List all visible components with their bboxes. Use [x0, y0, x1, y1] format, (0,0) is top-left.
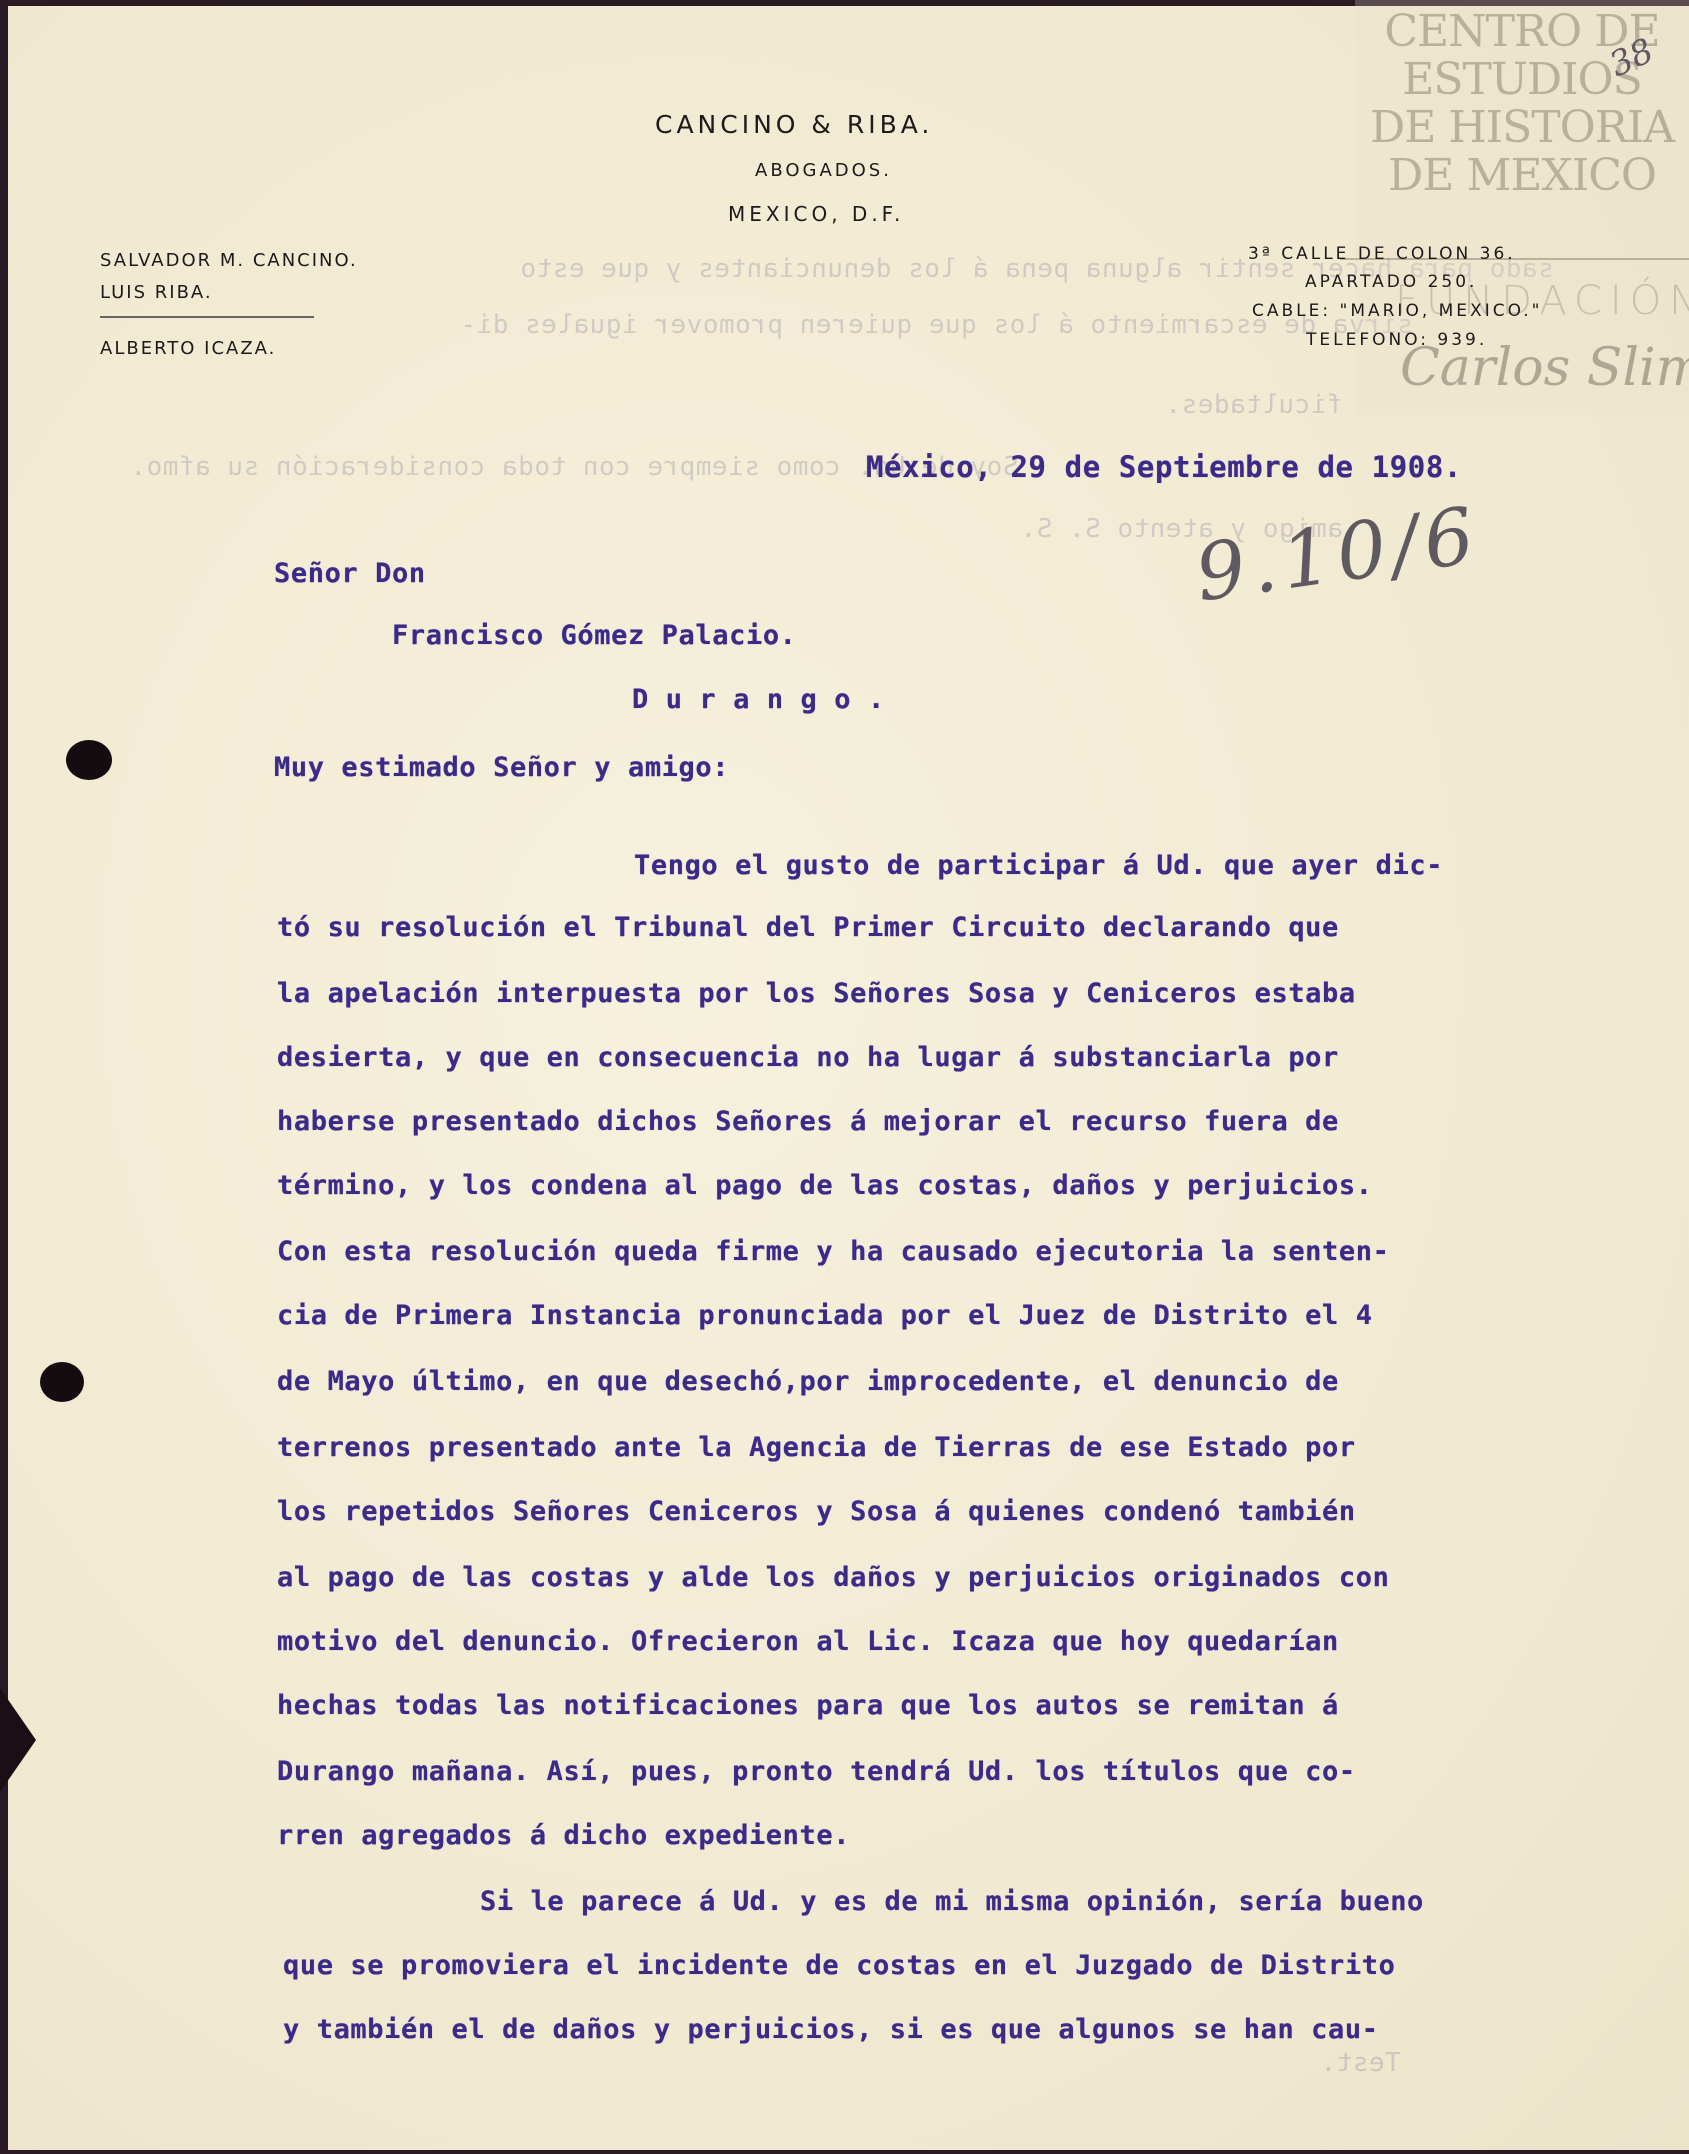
body-line: los repetidos Señores Ceniceros y Sosa á…: [277, 1496, 1356, 1527]
watermark-line: DE HISTORIA: [1355, 104, 1689, 152]
bleed-through-line: Test.: [1320, 2048, 1401, 2078]
letterhead-profession: ABOGADOS.: [755, 160, 892, 181]
letterhead-partner: LUIS RIBA.: [100, 282, 213, 303]
punch-hole-bottom: [40, 1362, 84, 1402]
recipient-city: D u r a n g o .: [632, 684, 885, 715]
recipient-title: Señor Don: [274, 558, 426, 589]
torn-corner: [0, 1688, 36, 1792]
bleed-through-line: ficultades.: [1165, 390, 1343, 420]
body-line: motivo del denuncio. Ofrecieron al Lic. …: [277, 1626, 1339, 1657]
body-line: de Mayo último, en que desechó,por impro…: [277, 1366, 1339, 1397]
letterhead-city: MEXICO, D.F.: [728, 202, 904, 226]
recipient-name: Francisco Gómez Palacio.: [392, 620, 797, 651]
letterhead-address-line: CABLE: "MARIO, MEXICO.": [1252, 301, 1543, 321]
letterhead-address-line: TELEFONO: 939.: [1306, 330, 1487, 350]
body-line: y también el de daños y perjuicios, si e…: [283, 2014, 1379, 2045]
letterhead-partner: SALVADOR M. CANCINO.: [100, 250, 358, 271]
body-line: cia de Primera Instancia pronunciada por…: [277, 1300, 1373, 1331]
body-line: término, y los condena al pago de las co…: [277, 1170, 1373, 1201]
body-line: Con esta resolución queda firme y ha cau…: [277, 1236, 1389, 1267]
punch-hole-top: [66, 740, 112, 780]
body-line: Durango mañana. Así, pues, pronto tendrá…: [277, 1756, 1356, 1787]
body-line: terrenos presentado ante la Agencia de T…: [277, 1432, 1356, 1463]
body-line: desierta, y que en consecuencia no ha lu…: [277, 1042, 1339, 1073]
body-line: haberse presentado dichos Señores á mejo…: [277, 1106, 1339, 1137]
body-line: la apelación interpuesta por los Señores…: [277, 978, 1356, 1009]
letterhead-address-line: APARTADO 250.: [1305, 272, 1477, 292]
letterhead-associate: ALBERTO ICAZA.: [100, 338, 276, 359]
body-line: hechas todas las notificaciones para que…: [277, 1690, 1339, 1721]
greeting: Muy estimado Señor y amigo:: [274, 752, 729, 783]
letterhead-address-line: 3ª CALLE DE COLON 36.: [1248, 244, 1516, 264]
dateline: México, 29 de Septiembre de 1908.: [866, 450, 1462, 484]
letterhead-firm-name: CANCINO & RIBA.: [655, 110, 933, 139]
body-line: tó su resolución el Tribunal del Primer …: [277, 912, 1339, 943]
body-line: Si le parece á Ud. y es de mi misma opin…: [480, 1886, 1424, 1917]
scan-border-left: [0, 0, 8, 2154]
body-line: al pago de las costas y alde los daños y…: [277, 1562, 1389, 1593]
watermark-line: DE MEXICO: [1355, 152, 1689, 200]
body-line: Tengo el gusto de participar á Ud. que a…: [634, 850, 1443, 881]
body-line: rren agregados á dicho expediente.: [277, 1820, 850, 1851]
letterhead-divider: [100, 316, 314, 318]
body-line: que se promoviera el incidente de costas…: [283, 1950, 1395, 1981]
